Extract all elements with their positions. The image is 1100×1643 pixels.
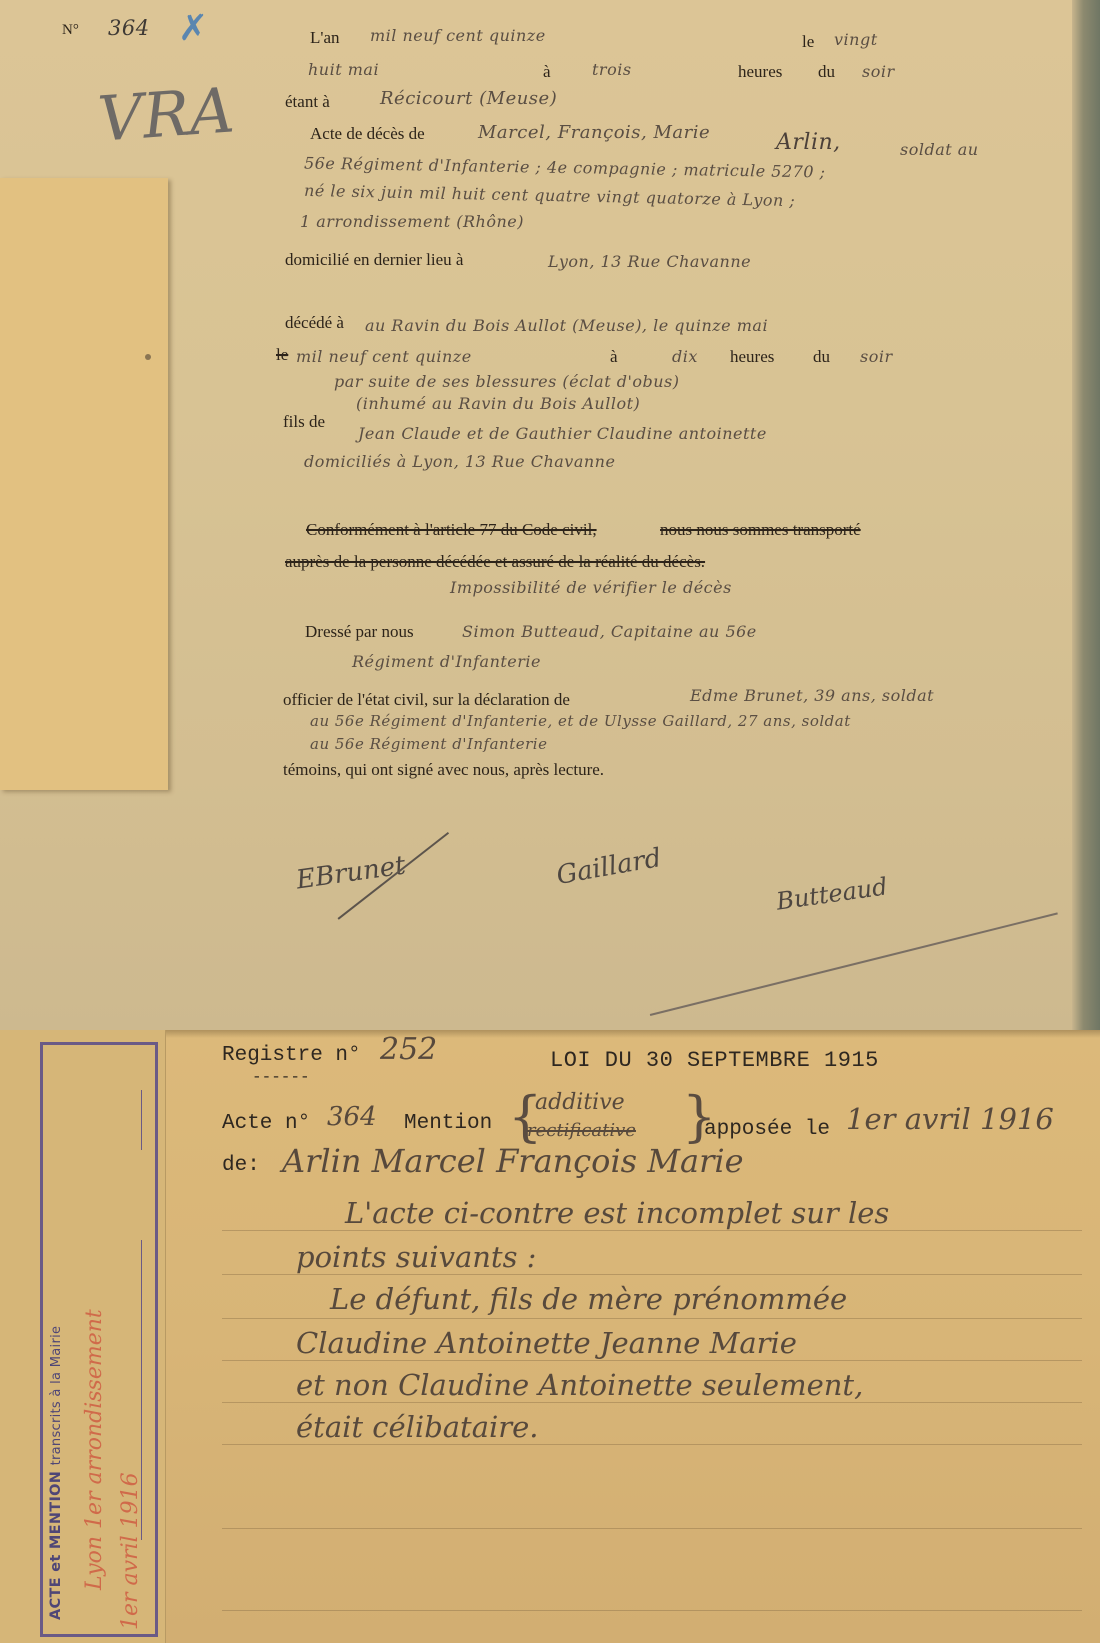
period-handwritten: soir	[862, 62, 895, 81]
burial-place: (inhumé au Ravin du Bois Aullot)	[356, 394, 640, 413]
label-du-2: du	[813, 347, 830, 367]
day-month-handwritten: huit mai	[308, 60, 379, 79]
article-77-struck: Conformément à l'article 77 du Code civi…	[306, 520, 597, 540]
label-a: à	[543, 62, 551, 82]
death-period: soir	[860, 347, 893, 366]
ruled-line	[222, 1360, 1082, 1361]
witness-2: au 56e Régiment d'Infanterie, et de Ulys…	[310, 712, 851, 730]
signature-brunet: EBrunet	[294, 851, 407, 896]
hour-handwritten: trois	[592, 60, 632, 79]
impossibility-note: Impossibilité de vérifier le décès	[450, 578, 732, 597]
label-heures: heures	[738, 62, 782, 82]
label-a-2: à	[610, 347, 618, 367]
record-number-value: 364	[108, 16, 150, 40]
death-place: au Ravin du Bois Aullot (Meuse), le quin…	[365, 316, 768, 335]
officer-name: Simon Butteaud, Capitaine au 56e	[462, 622, 757, 641]
parents-names: Jean Claude et de Gauthier Claudine anto…	[358, 424, 767, 443]
ruled-line	[222, 1274, 1082, 1275]
label-du: du	[818, 62, 835, 82]
pencil-annotation: VRA	[96, 73, 237, 155]
mention-body-line-2: points suivants :	[296, 1240, 536, 1274]
death-year: mil neuf cent quinze	[296, 347, 472, 366]
signature-butteaud: Butteaud	[775, 872, 890, 915]
day-handwritten: vingt	[834, 30, 878, 49]
label-domicile: domicilié en dernier lieu à	[285, 250, 463, 270]
apposee-label: apposée le	[704, 1118, 830, 1141]
acte-number: 364	[327, 1102, 377, 1132]
stamp-red-date: 1er avril 1916	[118, 1472, 143, 1630]
stamp-rule	[141, 1090, 142, 1150]
domicile-value: Lyon, 13 Rue Chavanne	[548, 252, 751, 271]
paper-spot	[145, 354, 151, 360]
registre-dashes: ------	[252, 1068, 310, 1086]
stamp-stub: ACTE et MENTION transcrits à la Mairie L…	[0, 1030, 166, 1643]
deceased-first-names: Marcel, François, Marie	[478, 122, 710, 143]
label-heures-2: heures	[730, 347, 774, 367]
apposee-date: 1er avril 1916	[846, 1102, 1054, 1136]
mention-subject: Arlin Marcel François Marie	[282, 1142, 744, 1180]
year-handwritten: mil neuf cent quinze	[370, 26, 546, 45]
mention-body-line-5: et non Claudine Antoinette seulement,	[296, 1368, 863, 1402]
witness-1: Edme Brunet, 39 ans, soldat	[690, 686, 934, 705]
article-77-rest: nous nous sommes transporté	[660, 520, 861, 540]
soldier-rank: soldat au	[900, 140, 979, 159]
label-dresse-par-nous: Dressé par nous	[305, 622, 414, 642]
article-77-line2-struck: auprès de la personne décédée et assuré …	[285, 552, 705, 572]
mention-body-line-6: était célibataire.	[296, 1410, 539, 1444]
registre-number: 252	[380, 1032, 437, 1067]
mention-body-line-4: Claudine Antoinette Jeanne Marie	[296, 1326, 797, 1360]
stamp-bold: ACTE et MENTION	[48, 1471, 64, 1620]
label-decede-a: décédé à	[285, 313, 344, 333]
ruled-line	[222, 1318, 1082, 1319]
stamp-rule	[141, 1240, 142, 1540]
label-le-struck: le	[276, 345, 288, 365]
book-spine	[1072, 0, 1100, 1030]
label-officier: officier de l'état civil, sur la déclara…	[283, 690, 570, 710]
law-title: LOI DU 30 SEPTEMBRE 1915	[550, 1048, 879, 1073]
mention-label: Mention	[404, 1112, 492, 1135]
mention-type-rectificative-struck: rectificative	[527, 1120, 636, 1141]
ruled-line	[222, 1610, 1082, 1611]
birth-arrondissement: 1 arrondissement (Rhône)	[300, 212, 524, 231]
death-cause: par suite de ses blessures (éclat d'obus…	[334, 372, 680, 391]
closing-diagonal-line	[650, 912, 1058, 1015]
stamp-rest: transcrits à la Mairie	[49, 1326, 64, 1466]
ruled-line	[222, 1402, 1082, 1403]
acte-label: Acte n°	[222, 1112, 310, 1135]
label-lan: L'an	[310, 28, 340, 48]
parents-domicile: domiciliés à Lyon, 13 Rue Chavanne	[304, 452, 615, 471]
birth-info: né le six juin mil huit cent quatre ving…	[304, 181, 796, 210]
label-acte-de-deces: Acte de décès de	[310, 124, 425, 144]
label-fils-de: fils de	[283, 412, 325, 432]
place-handwritten: Récicourt (Meuse)	[380, 88, 557, 109]
blue-cross-mark-icon: ✗	[178, 8, 208, 49]
record-number-label: N°	[62, 22, 79, 39]
registre-label: Registre n°	[222, 1044, 361, 1067]
mention-type-additive: additive	[535, 1090, 625, 1115]
mention-page: ACTE et MENTION transcrits à la Mairie L…	[0, 1030, 1100, 1643]
stamp-text: ACTE et MENTION transcrits à la Mairie	[48, 1326, 64, 1620]
officer-regiment: Régiment d'Infanterie	[352, 652, 541, 671]
stamp-red-place: Lyon 1er arrondissement	[82, 1309, 107, 1590]
temoins-text: témoins, qui ont signé avec nous, après …	[283, 760, 604, 780]
label-etant-a: étant à	[285, 92, 330, 112]
regiment-info: 56e Régiment d'Infanterie ; 4e compagnie…	[304, 153, 826, 181]
inserted-paper-slip	[0, 178, 168, 790]
death-hour: dix	[672, 347, 698, 366]
witness-regiment: au 56e Régiment d'Infanterie	[310, 735, 547, 753]
ruled-line	[222, 1444, 1082, 1445]
de-label: de:	[222, 1154, 260, 1177]
signature-gaillard: Gaillard	[554, 843, 663, 891]
ruled-line	[222, 1528, 1082, 1529]
mention-body-line-3: Le défunt, fils de mère prénommée	[330, 1282, 847, 1316]
label-le: le	[802, 32, 814, 52]
mention-body-line-1: L'acte ci-contre est incomplet sur les	[345, 1196, 889, 1230]
deceased-surname: Arlin,	[776, 130, 841, 155]
ruled-line	[222, 1230, 1082, 1231]
